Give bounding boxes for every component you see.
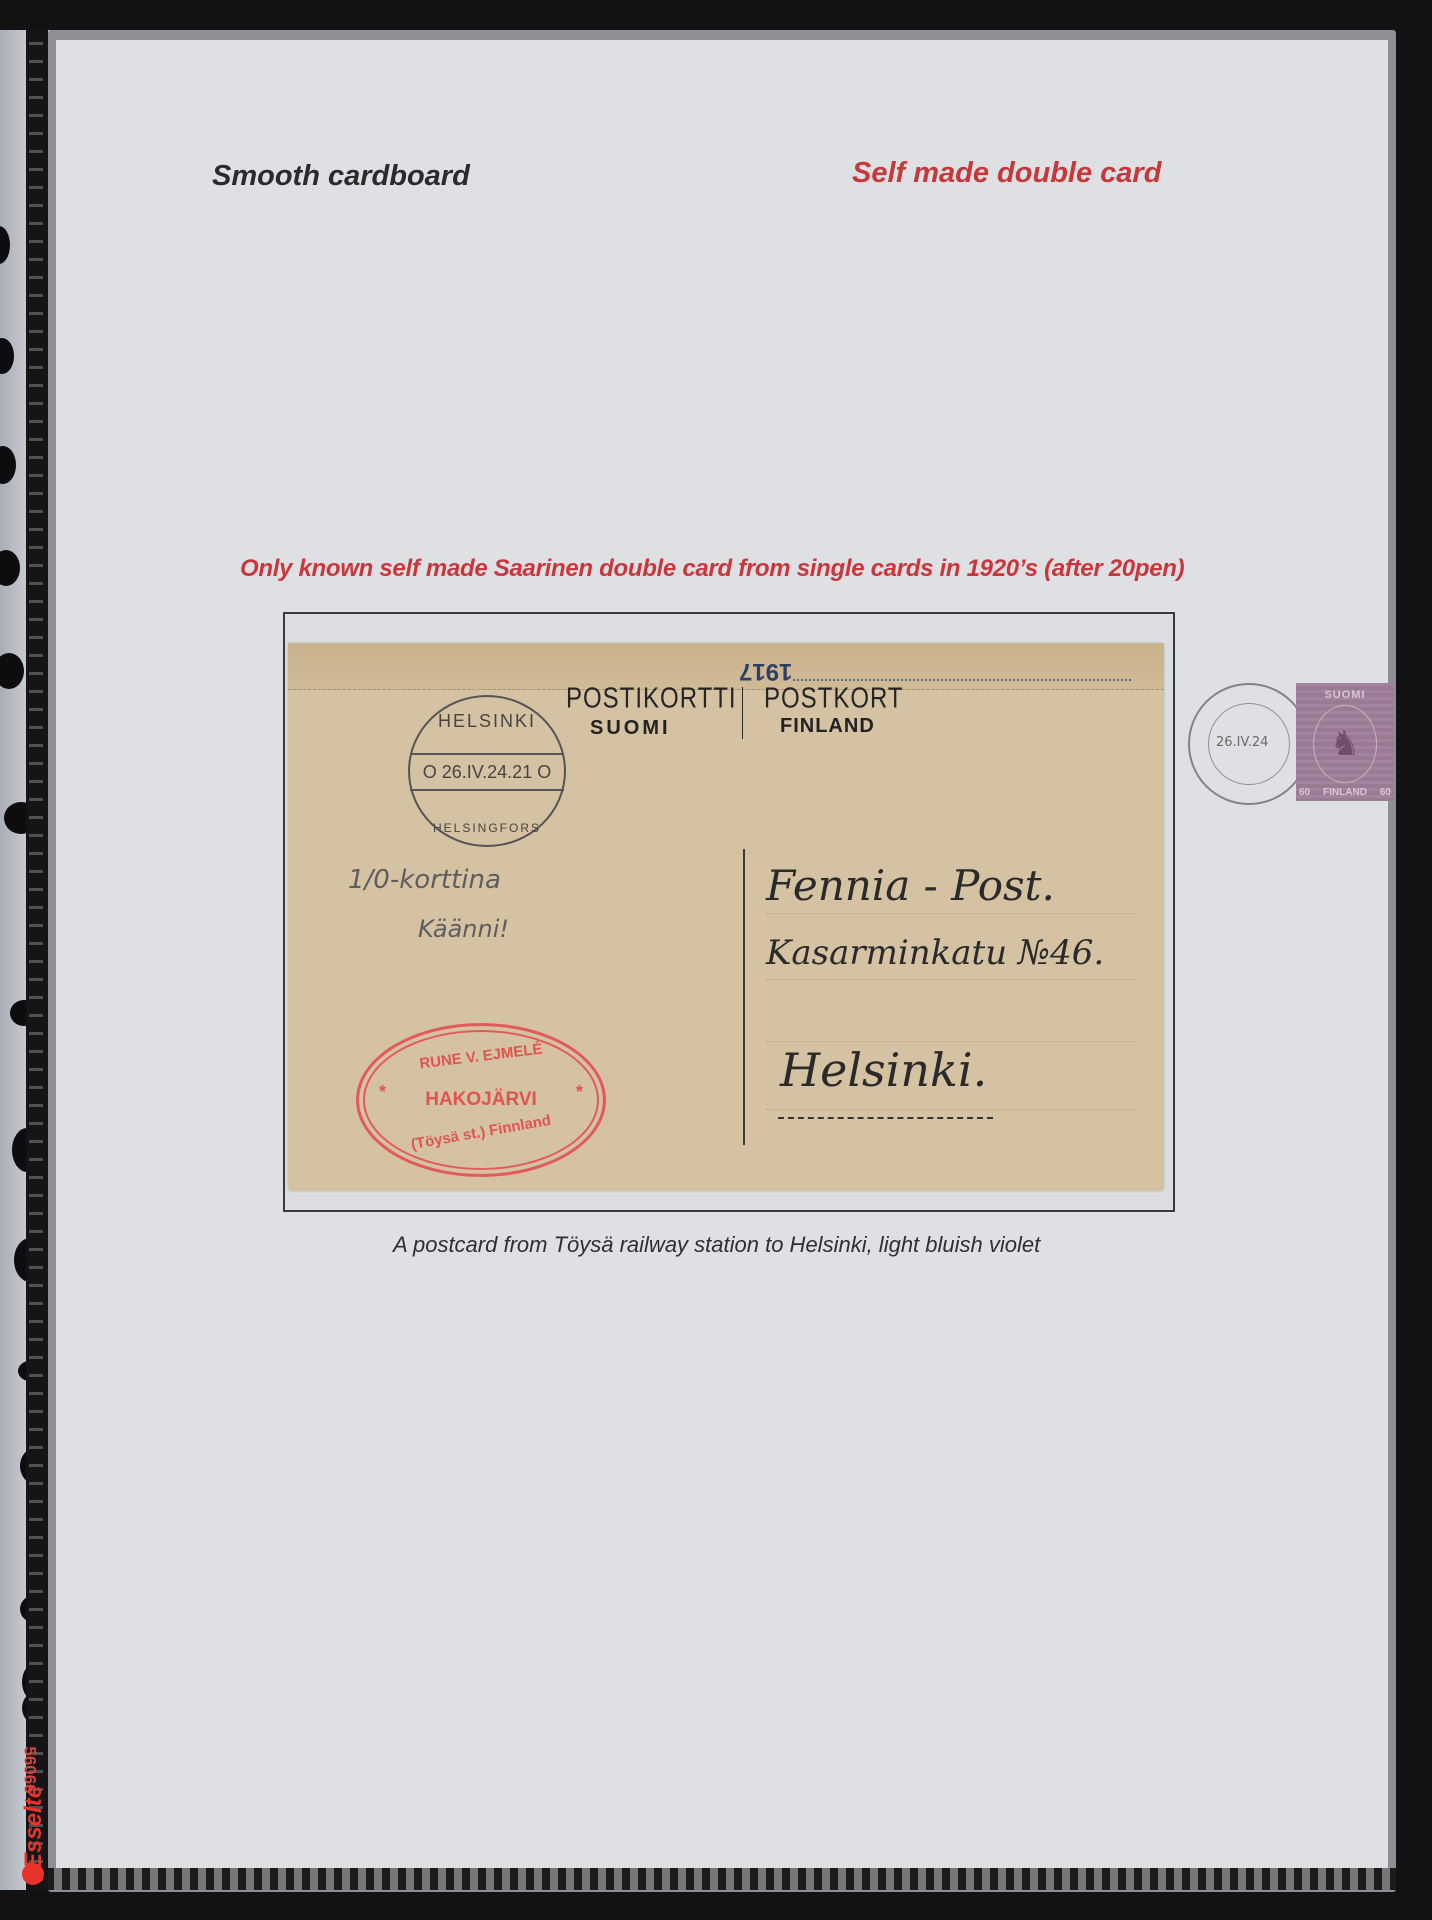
punch-hole [0, 446, 16, 484]
address-divider [743, 849, 745, 1145]
left-heading: Smooth cardboard [212, 160, 470, 193]
railway-postmark-date: 26.IV.24 [1216, 735, 1268, 750]
title-swedish: POSTKORT [764, 682, 904, 716]
address-line1: Fennia - Post. [766, 861, 1055, 910]
stamp-value-right: 60 [1380, 787, 1391, 798]
right-heading: Self made double card [852, 157, 1161, 190]
punch-hole [0, 226, 10, 264]
header-divider [742, 687, 743, 739]
helsinki-postmark: HELSINKI O 26.IV.24.21 O HELSINGFORS [408, 695, 566, 847]
brand-name: Esselte [20, 1739, 48, 1869]
address-underline [778, 1113, 993, 1119]
postcard-caption: A postcard from Töysä railway station to… [393, 1232, 1040, 1258]
address-line2: Kasarminkatu №46. [766, 933, 1104, 973]
address-rule [766, 979, 1136, 980]
stamp-country: SUOMI [1296, 689, 1394, 701]
stamp-value-left: 60 [1299, 787, 1310, 798]
flap-perforation [793, 673, 1131, 681]
address-line3: Helsinki. [780, 1043, 987, 1097]
sleeve-bottom-weld [48, 1868, 1396, 1890]
postmark-city-swedish: HELSINGFORS [410, 821, 564, 835]
address-rule [766, 913, 1136, 914]
sender-cachet: RUNE V. EJMELÉ * HAKOJÄRVI * (Töysä st.)… [356, 1023, 606, 1177]
country-finnish: SUOMI [590, 717, 671, 740]
address-rule [766, 1041, 1136, 1042]
sub-heading: Only known self made Saarinen double car… [240, 555, 1184, 583]
cachet-station: (Töysä st.) Finnland [359, 1103, 602, 1162]
postmark-date: O 26.IV.24.21 O [410, 753, 564, 791]
postmark-city: HELSINKI [410, 711, 564, 732]
stamp-country-bottom: FINLAND [1323, 787, 1367, 798]
punch-hole [0, 653, 24, 689]
esselte-logo-icon [22, 1863, 44, 1885]
sleeve-weld-pattern [29, 34, 43, 1884]
country-swedish: FINLAND [780, 715, 875, 738]
flap-number: 1917 [739, 657, 792, 685]
postcard: 1917 POSTIKORTTI SUOMI POSTKORT FINLAND … [288, 643, 1164, 1191]
pencil-note-line1: 1/0-korttina [348, 865, 501, 895]
cachet-star-icon: * [576, 1082, 583, 1103]
railway-postmark: 26.IV.24 [1188, 683, 1310, 805]
pencil-note-line2: Käänni! [418, 915, 509, 943]
imprinted-stamp: SUOMI ♞ 60 FINLAND 60 [1296, 683, 1394, 801]
address-rule [766, 1109, 1136, 1110]
title-finnish: POSTIKORTTI [566, 682, 737, 716]
cachet-name: RUNE V. EJMELÉ [359, 1033, 603, 1080]
punch-hole [0, 338, 14, 374]
punch-hole [0, 550, 20, 586]
lion-emblem-icon: ♞ [1313, 705, 1377, 783]
stamp-footer: 60 FINLAND 60 [1296, 787, 1394, 798]
